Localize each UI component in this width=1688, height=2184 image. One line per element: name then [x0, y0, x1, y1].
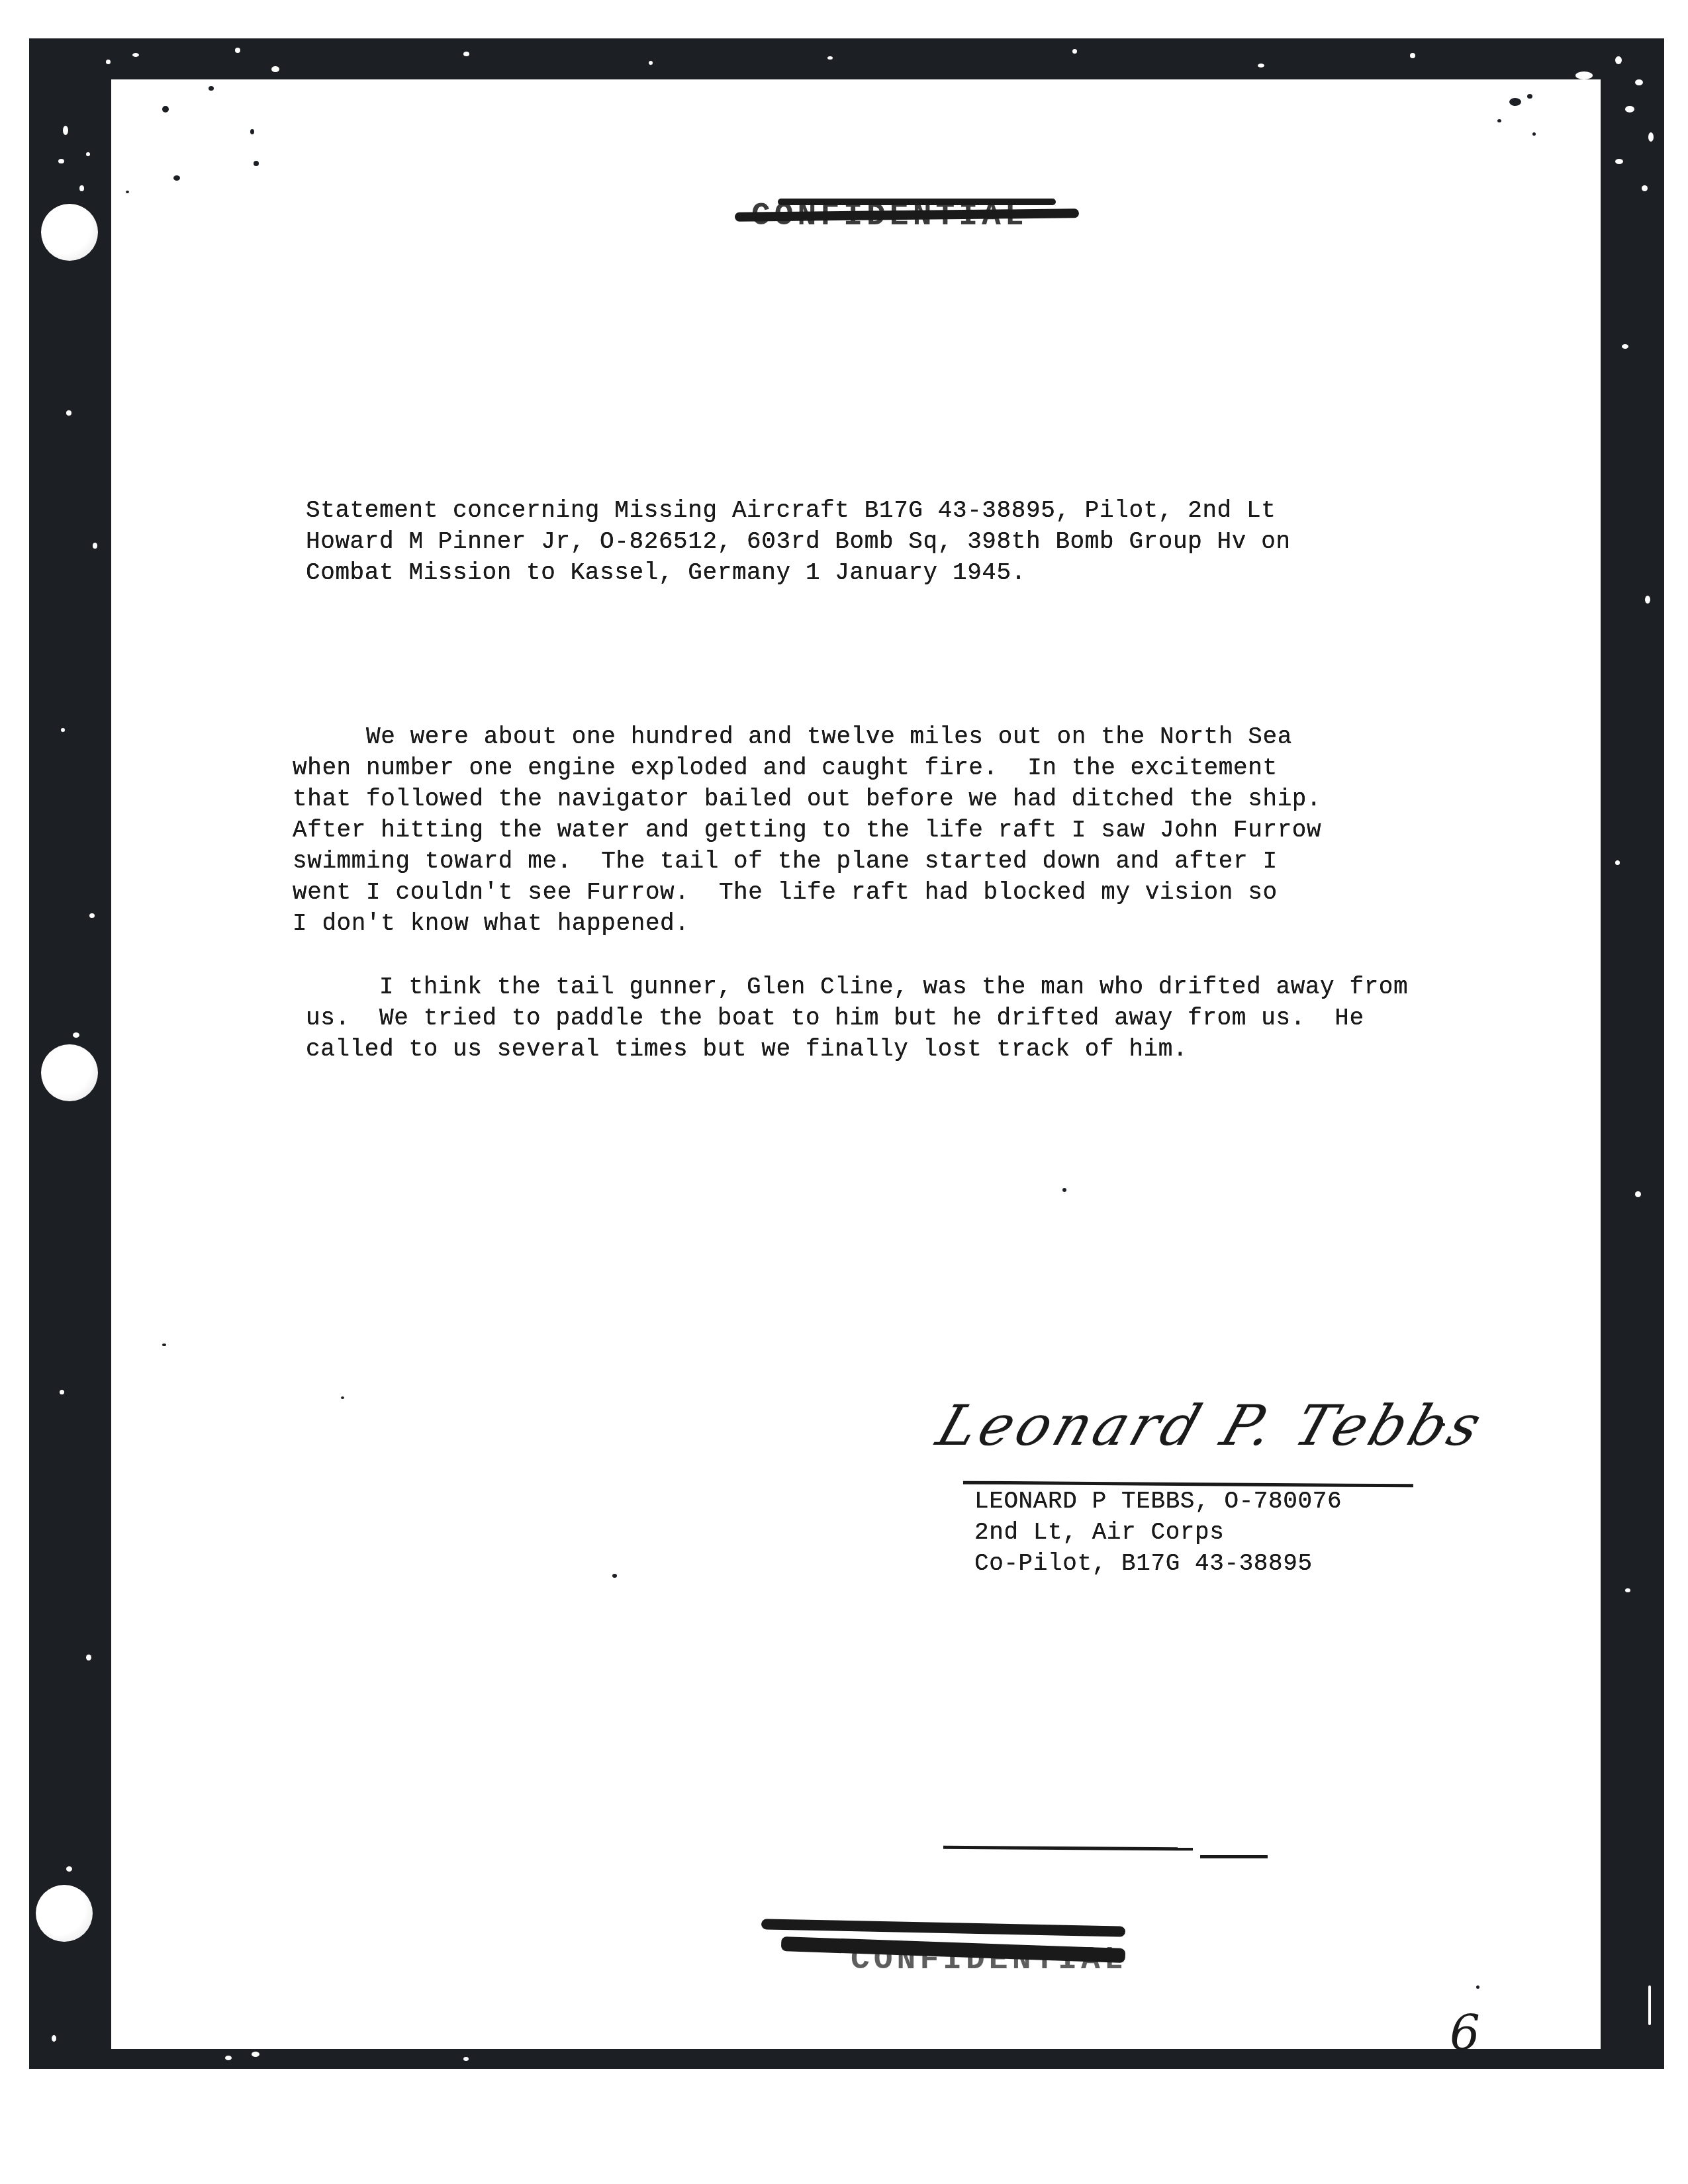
- scan-border-right: [1601, 38, 1664, 2068]
- header-line: Statement concerning Missing Aircraft B1…: [306, 495, 1276, 526]
- stamp-strikethrough: [778, 199, 1056, 205]
- binder-hole-middle: [41, 1044, 98, 1101]
- stamp-strikethrough: [761, 1919, 1125, 1937]
- body-line: us. We tried to paddle the boat to him b…: [306, 1003, 1364, 1034]
- header-line: Howard M Pinner Jr, O-826512, 603rd Bomb…: [306, 526, 1291, 557]
- body-line: that followed the navigator bailed out b…: [293, 784, 1321, 815]
- body-line: I think the tail gunner, Glen Cline, was…: [306, 972, 1408, 1003]
- body-line: We were about one hundred and twelve mil…: [293, 721, 1292, 752]
- signer-rank: 2nd Lt, Air Corps: [974, 1517, 1224, 1548]
- scan-border-bottom: [29, 2049, 1664, 2069]
- binder-hole-top: [41, 204, 98, 261]
- body-line: After hitting the water and getting to t…: [293, 815, 1321, 846]
- signer-role: Co-Pilot, B17G 43-38895: [974, 1548, 1313, 1579]
- body-line: when number one engine exploded and caug…: [293, 752, 1278, 784]
- header-line: Combat Mission to Kassel, Germany 1 Janu…: [306, 557, 1026, 588]
- body-line: called to us several times but we finall…: [306, 1034, 1188, 1065]
- blank-line-1: [943, 1846, 1193, 1851]
- body-line: I don't know what happened.: [293, 908, 690, 939]
- page-number: 6: [1450, 2005, 1480, 2061]
- blank-line-2: [1200, 1855, 1268, 1858]
- handwritten-signature: Leonard P. Tebbs: [929, 1393, 1493, 1458]
- signer-name: LEONARD P TEBBS, O-780076: [974, 1486, 1342, 1517]
- body-line: swimming toward me. The tail of the plan…: [293, 846, 1278, 877]
- body-line: went I couldn't see Furrow. The life raf…: [293, 877, 1278, 908]
- scan-border-top: [48, 38, 1663, 79]
- binder-hole-bottom: [36, 1885, 93, 1942]
